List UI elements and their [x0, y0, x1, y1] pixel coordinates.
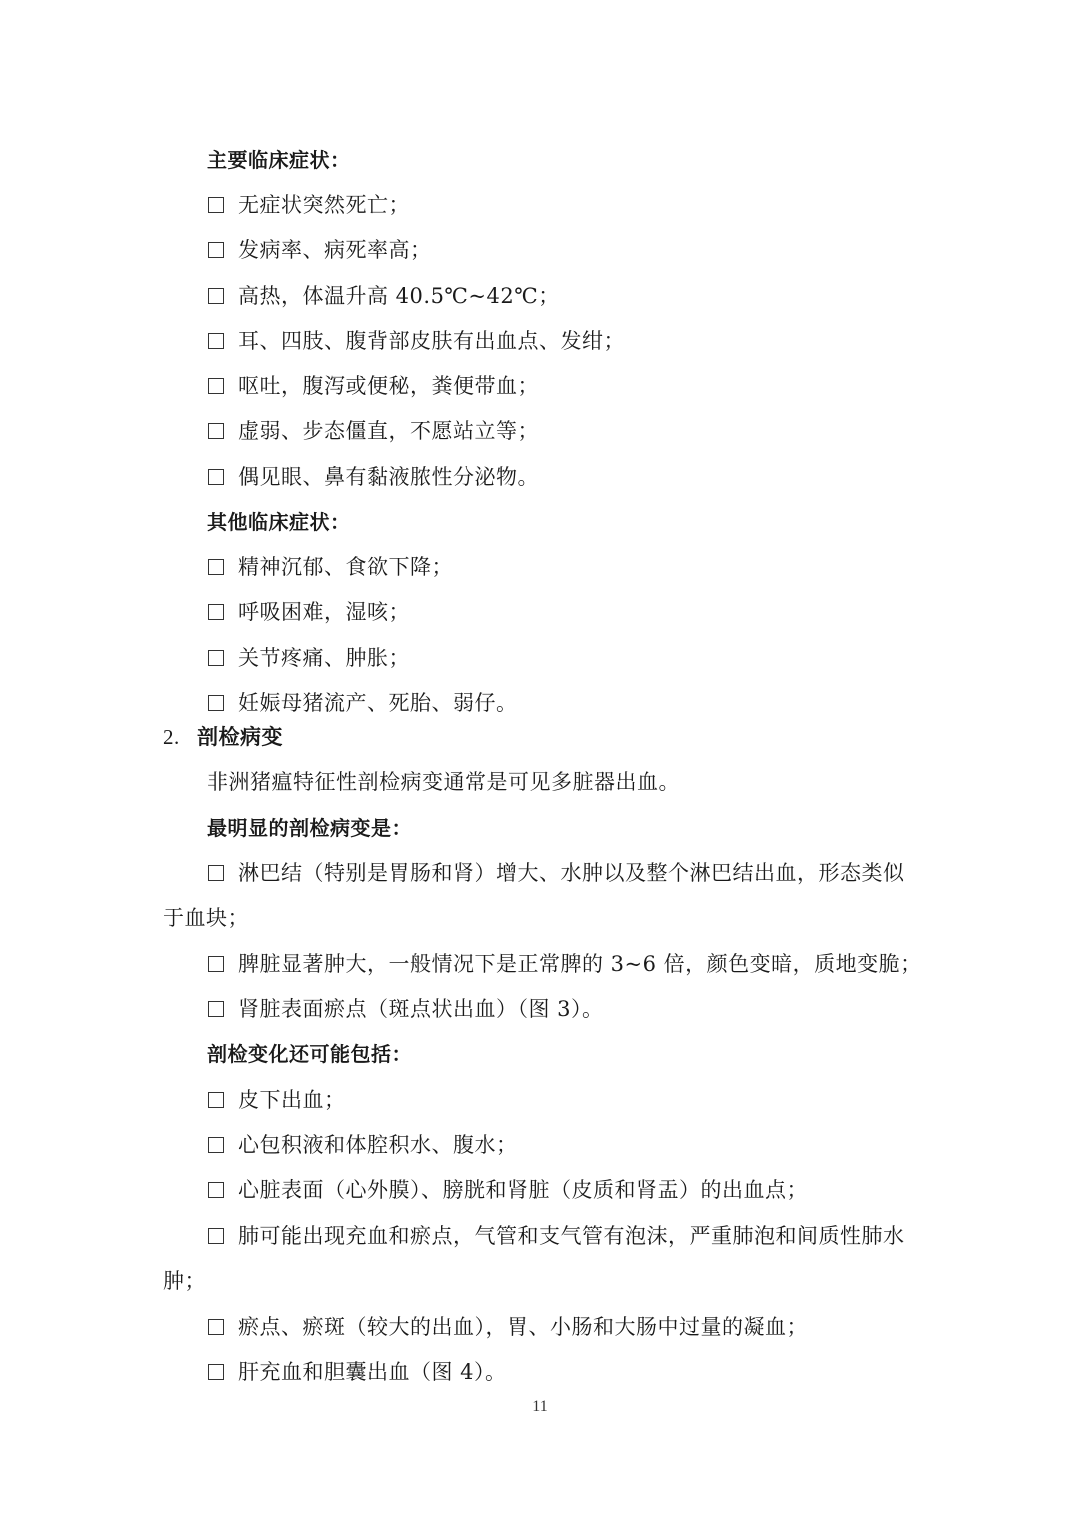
- checklist-item[interactable]: 无症状突然死亡；: [208, 191, 410, 219]
- checkbox-icon[interactable]: [208, 333, 224, 349]
- page-number: 11: [0, 1398, 1080, 1416]
- checkbox-icon[interactable]: [208, 469, 224, 485]
- checklist-item[interactable]: 肺可能出现充血和瘀点，气管和支气管有泡沫，严重肺泡和间质性肺水: [208, 1222, 905, 1250]
- checklist-item[interactable]: 心包积液和体腔积水、腹水；: [208, 1131, 518, 1159]
- checklist-item[interactable]: 皮下出血；: [208, 1086, 346, 1114]
- necropsy-intro: 非洲猪瘟特征性剖检病变通常是可见多脏器出血。: [207, 768, 680, 796]
- checklist-item[interactable]: 耳、四肢、腹背部皮肤有出血点、发绀；: [208, 327, 625, 355]
- checkbox-icon[interactable]: [208, 1001, 224, 1017]
- main-symptoms-heading: 主要临床症状：: [207, 146, 351, 174]
- checklist-item[interactable]: 肾脏表面瘀点（斑点状出血）（图 3）。: [208, 995, 604, 1023]
- checkbox-icon[interactable]: [208, 604, 224, 620]
- checkbox-icon[interactable]: [208, 650, 224, 666]
- checkbox-icon[interactable]: [208, 559, 224, 575]
- checklist-item[interactable]: 肝充血和胆囊出血（图 4）。: [208, 1358, 507, 1386]
- checkbox-icon[interactable]: [208, 1228, 224, 1244]
- checklist-item[interactable]: 发病率、病死率高；: [208, 236, 432, 264]
- checklist-item[interactable]: 精神沉郁、食欲下降；: [208, 553, 453, 581]
- checkbox-icon[interactable]: [208, 378, 224, 394]
- checklist-item-continuation: 于血块；: [163, 904, 249, 932]
- section-heading-necropsy: 2.剖检病变: [163, 723, 283, 751]
- most-obvious-heading: 最明显的剖检病变是：: [207, 814, 412, 842]
- checklist-item[interactable]: 瘀点、瘀斑（较大的出血），胃、小肠和大肠中过量的凝血；: [208, 1313, 808, 1341]
- checkbox-icon[interactable]: [208, 1092, 224, 1108]
- checklist-item-continuation: 肿；: [163, 1267, 206, 1295]
- may-include-heading: 剖检变化还可能包括：: [207, 1040, 412, 1068]
- other-symptoms-heading: 其他临床症状：: [207, 508, 351, 536]
- checkbox-icon[interactable]: [208, 1182, 224, 1198]
- checklist-item[interactable]: 呕吐，腹泻或便秘，粪便带血；: [208, 372, 539, 400]
- checklist-item[interactable]: 关节疼痛、肿胀；: [208, 644, 410, 672]
- checkbox-icon[interactable]: [208, 197, 224, 213]
- checkbox-icon[interactable]: [208, 956, 224, 972]
- checklist-item[interactable]: 虚弱、步态僵直，不愿站立等；: [208, 417, 539, 445]
- checkbox-icon[interactable]: [208, 1137, 224, 1153]
- checkbox-icon[interactable]: [208, 242, 224, 258]
- checkbox-icon[interactable]: [208, 1364, 224, 1380]
- checkbox-icon[interactable]: [208, 1319, 224, 1335]
- document-page: 主要临床症状： 无症状突然死亡； 发病率、病死率高； 高热，体温升高 40.5℃…: [0, 0, 1080, 1527]
- checklist-item[interactable]: 偶见眼、鼻有黏液脓性分泌物。: [208, 463, 539, 491]
- checklist-item[interactable]: 淋巴结（特别是胃肠和肾）增大、水肿以及整个淋巴结出血，形态类似: [208, 859, 905, 887]
- checkbox-icon[interactable]: [208, 288, 224, 304]
- checkbox-icon[interactable]: [208, 695, 224, 711]
- checklist-item[interactable]: 妊娠母猪流产、死胎、弱仔。: [208, 689, 518, 717]
- checklist-item[interactable]: 心脏表面（心外膜）、膀胱和肾脏（皮质和肾盂）的出血点；: [208, 1176, 808, 1204]
- checklist-item[interactable]: 呼吸困难，湿咳；: [208, 598, 410, 626]
- checkbox-icon[interactable]: [208, 423, 224, 439]
- checkbox-icon[interactable]: [208, 865, 224, 881]
- checklist-item[interactable]: 脾脏显著肿大，一般情况下是正常脾的 3~6 倍，颜色变暗，质地变脆；: [208, 950, 922, 978]
- checklist-item[interactable]: 高热，体温升高 40.5℃~42℃；: [208, 282, 560, 310]
